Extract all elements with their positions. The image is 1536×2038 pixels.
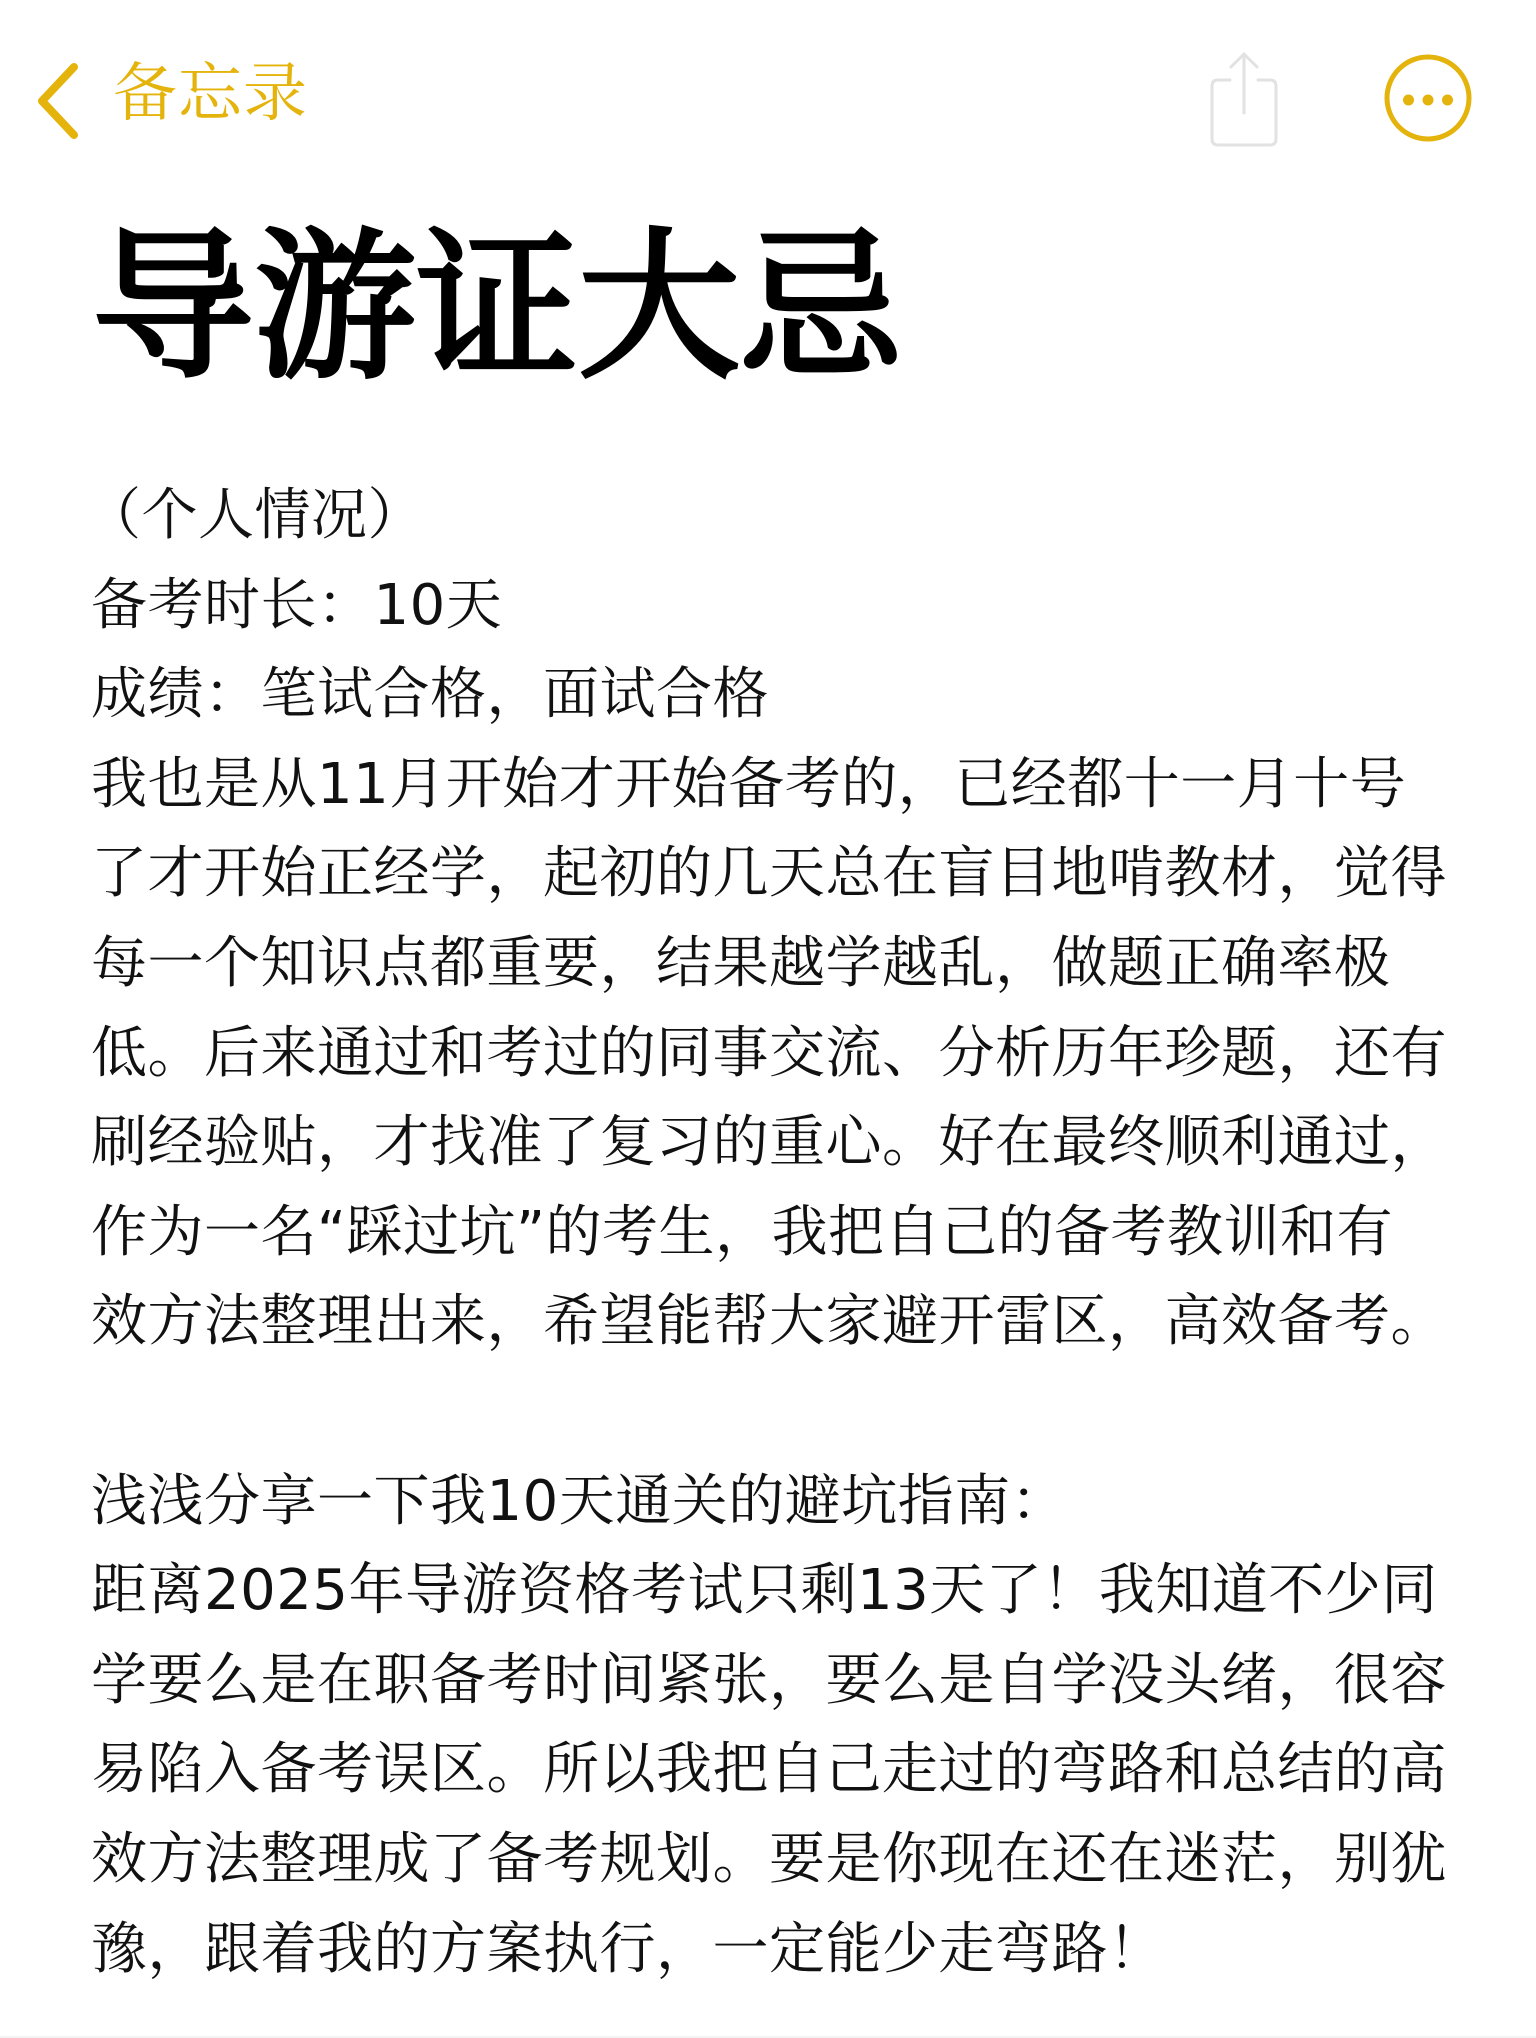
note-line: 易陷入备考误区。所以我把自己走过的弯路和总结的高 <box>91 1725 1471 1815</box>
note-line: 了才开始正经学，起初的几天总在盲目地啃教材，觉得 <box>91 829 1471 919</box>
share-icon <box>1200 45 1285 155</box>
note-line: （个人情况） <box>85 471 1471 561</box>
note-line: 成绩：笔试合格，面试合格 <box>91 650 1471 740</box>
note-body[interactable]: （个人情况） 备考时长：10天 成绩：笔试合格，面试合格 我也是从11月开始才开… <box>91 471 1471 1994</box>
note-line: 效方法整理出来，希望能帮大家避开雷区，高效备考。 <box>91 1277 1471 1367</box>
note-line: 刷经验贴，才找准了复习的重心。好在最终顺利通过， <box>91 1098 1471 1188</box>
note-line: 距离2025年导游资格考试只剩13天了！我知道不少同 <box>91 1546 1471 1636</box>
note-line: 每一个知识点都重要，结果越学越乱，做题正确率极 <box>91 919 1471 1009</box>
note-line: 低。后来通过和考过的同事交流、分析历年珍题，还有 <box>91 1009 1471 1099</box>
note-line: 豫，跟着我的方案执行，一定能少走弯路！ <box>91 1905 1471 1995</box>
note-line: 浅浅分享一下我10天通关的避坑指南： <box>91 1457 1471 1547</box>
note-title: 导游证大忌 <box>92 222 902 394</box>
note-line: 备考时长：10天 <box>91 561 1471 651</box>
note-line: 学要么是在职备考时间紧张，要么是自学没头绪，很容 <box>91 1636 1471 1726</box>
share-button[interactable] <box>1200 45 1285 155</box>
chevron-left-icon <box>32 61 84 141</box>
back-label: 备忘录 <box>113 62 308 126</box>
note-line: 我也是从11月开始才开始备考的，已经都十一月十号 <box>91 740 1471 830</box>
ellipsis-circle-icon <box>1380 52 1476 148</box>
note-line: 作为一名“踩过坑”的考生，我把自己的备考教训和有 <box>91 1188 1471 1278</box>
navigation-bar: 备忘录 <box>0 0 1536 180</box>
more-options-button[interactable] <box>1380 52 1476 148</box>
blank-line <box>91 1367 1471 1457</box>
back-button[interactable]: 备忘录 <box>28 55 328 145</box>
note-line: 效方法整理成了备考规划。要是你现在还在迷茫，别犹 <box>91 1815 1471 1905</box>
